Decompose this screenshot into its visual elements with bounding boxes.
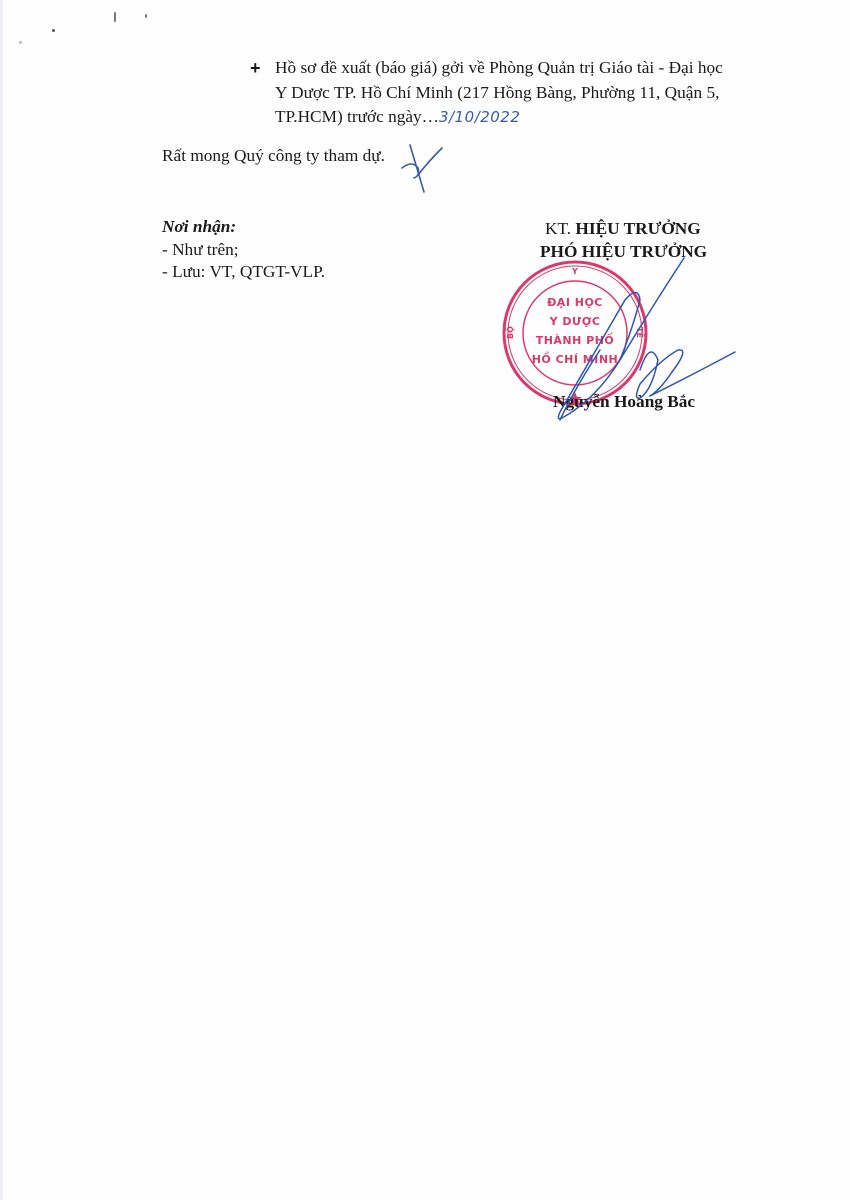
closing-line: Rất mong Quý công ty tham dự.	[162, 144, 385, 168]
deadline-label: TP.HCM) trước ngày…	[275, 107, 439, 126]
scan-speck	[19, 41, 22, 44]
bullet-marker: +	[250, 56, 261, 80]
handwritten-date: 3/10/2022	[439, 108, 520, 126]
bullet-text: Hồ sơ đề xuất (báo giá) gởi về Phòng Quả…	[275, 56, 790, 130]
scan-speck	[52, 29, 55, 32]
recipient-item: - Lưu: VT, QTGT-VLP.	[162, 262, 325, 282]
signature-title-1: KT. HIỆU TRƯỞNG	[545, 219, 701, 239]
bullet-line-1: Hồ sơ đề xuất (báo giá) gởi về Phòng Quả…	[275, 56, 790, 81]
stamp-line: Y DƯỢC	[500, 315, 650, 328]
stamp-line: HỒ CHÍ MINH	[500, 353, 650, 366]
stamp-line: ĐẠI HỌC	[500, 296, 650, 309]
bullet-line-3: TP.HCM) trước ngày…3/10/2022	[275, 105, 790, 130]
scan-speck	[114, 12, 116, 22]
scan-edge	[0, 0, 3, 1200]
ink-overlay	[0, 0, 850, 1200]
bullet-line-2: Y Dược TP. Hồ Chí Minh (217 Hồng Bàng, P…	[275, 81, 790, 106]
document-page: + Hồ sơ đề xuất (báo giá) gởi về Phòng Q…	[0, 0, 850, 1200]
signer-name: Nguyễn Hoàng Bắc	[553, 392, 695, 412]
scan-speck	[145, 14, 147, 18]
recipients-title: Nơi nhận:	[162, 217, 236, 237]
initials-mark-icon	[402, 145, 442, 192]
official-stamp: Y BỘ TẾ ĐẠI HỌC Y DƯỢC THÀNH PHỐ HỒ CHÍ …	[500, 258, 650, 408]
stamp-line: THÀNH PHỐ	[500, 334, 650, 347]
recipient-item: - Như trên;	[162, 240, 239, 260]
signature-title-main: HIỆU TRƯỞNG	[575, 219, 700, 238]
stamp-top-text: Y	[572, 267, 578, 276]
signature-prefix: KT.	[545, 219, 571, 238]
stamp-circle-icon	[500, 258, 650, 408]
